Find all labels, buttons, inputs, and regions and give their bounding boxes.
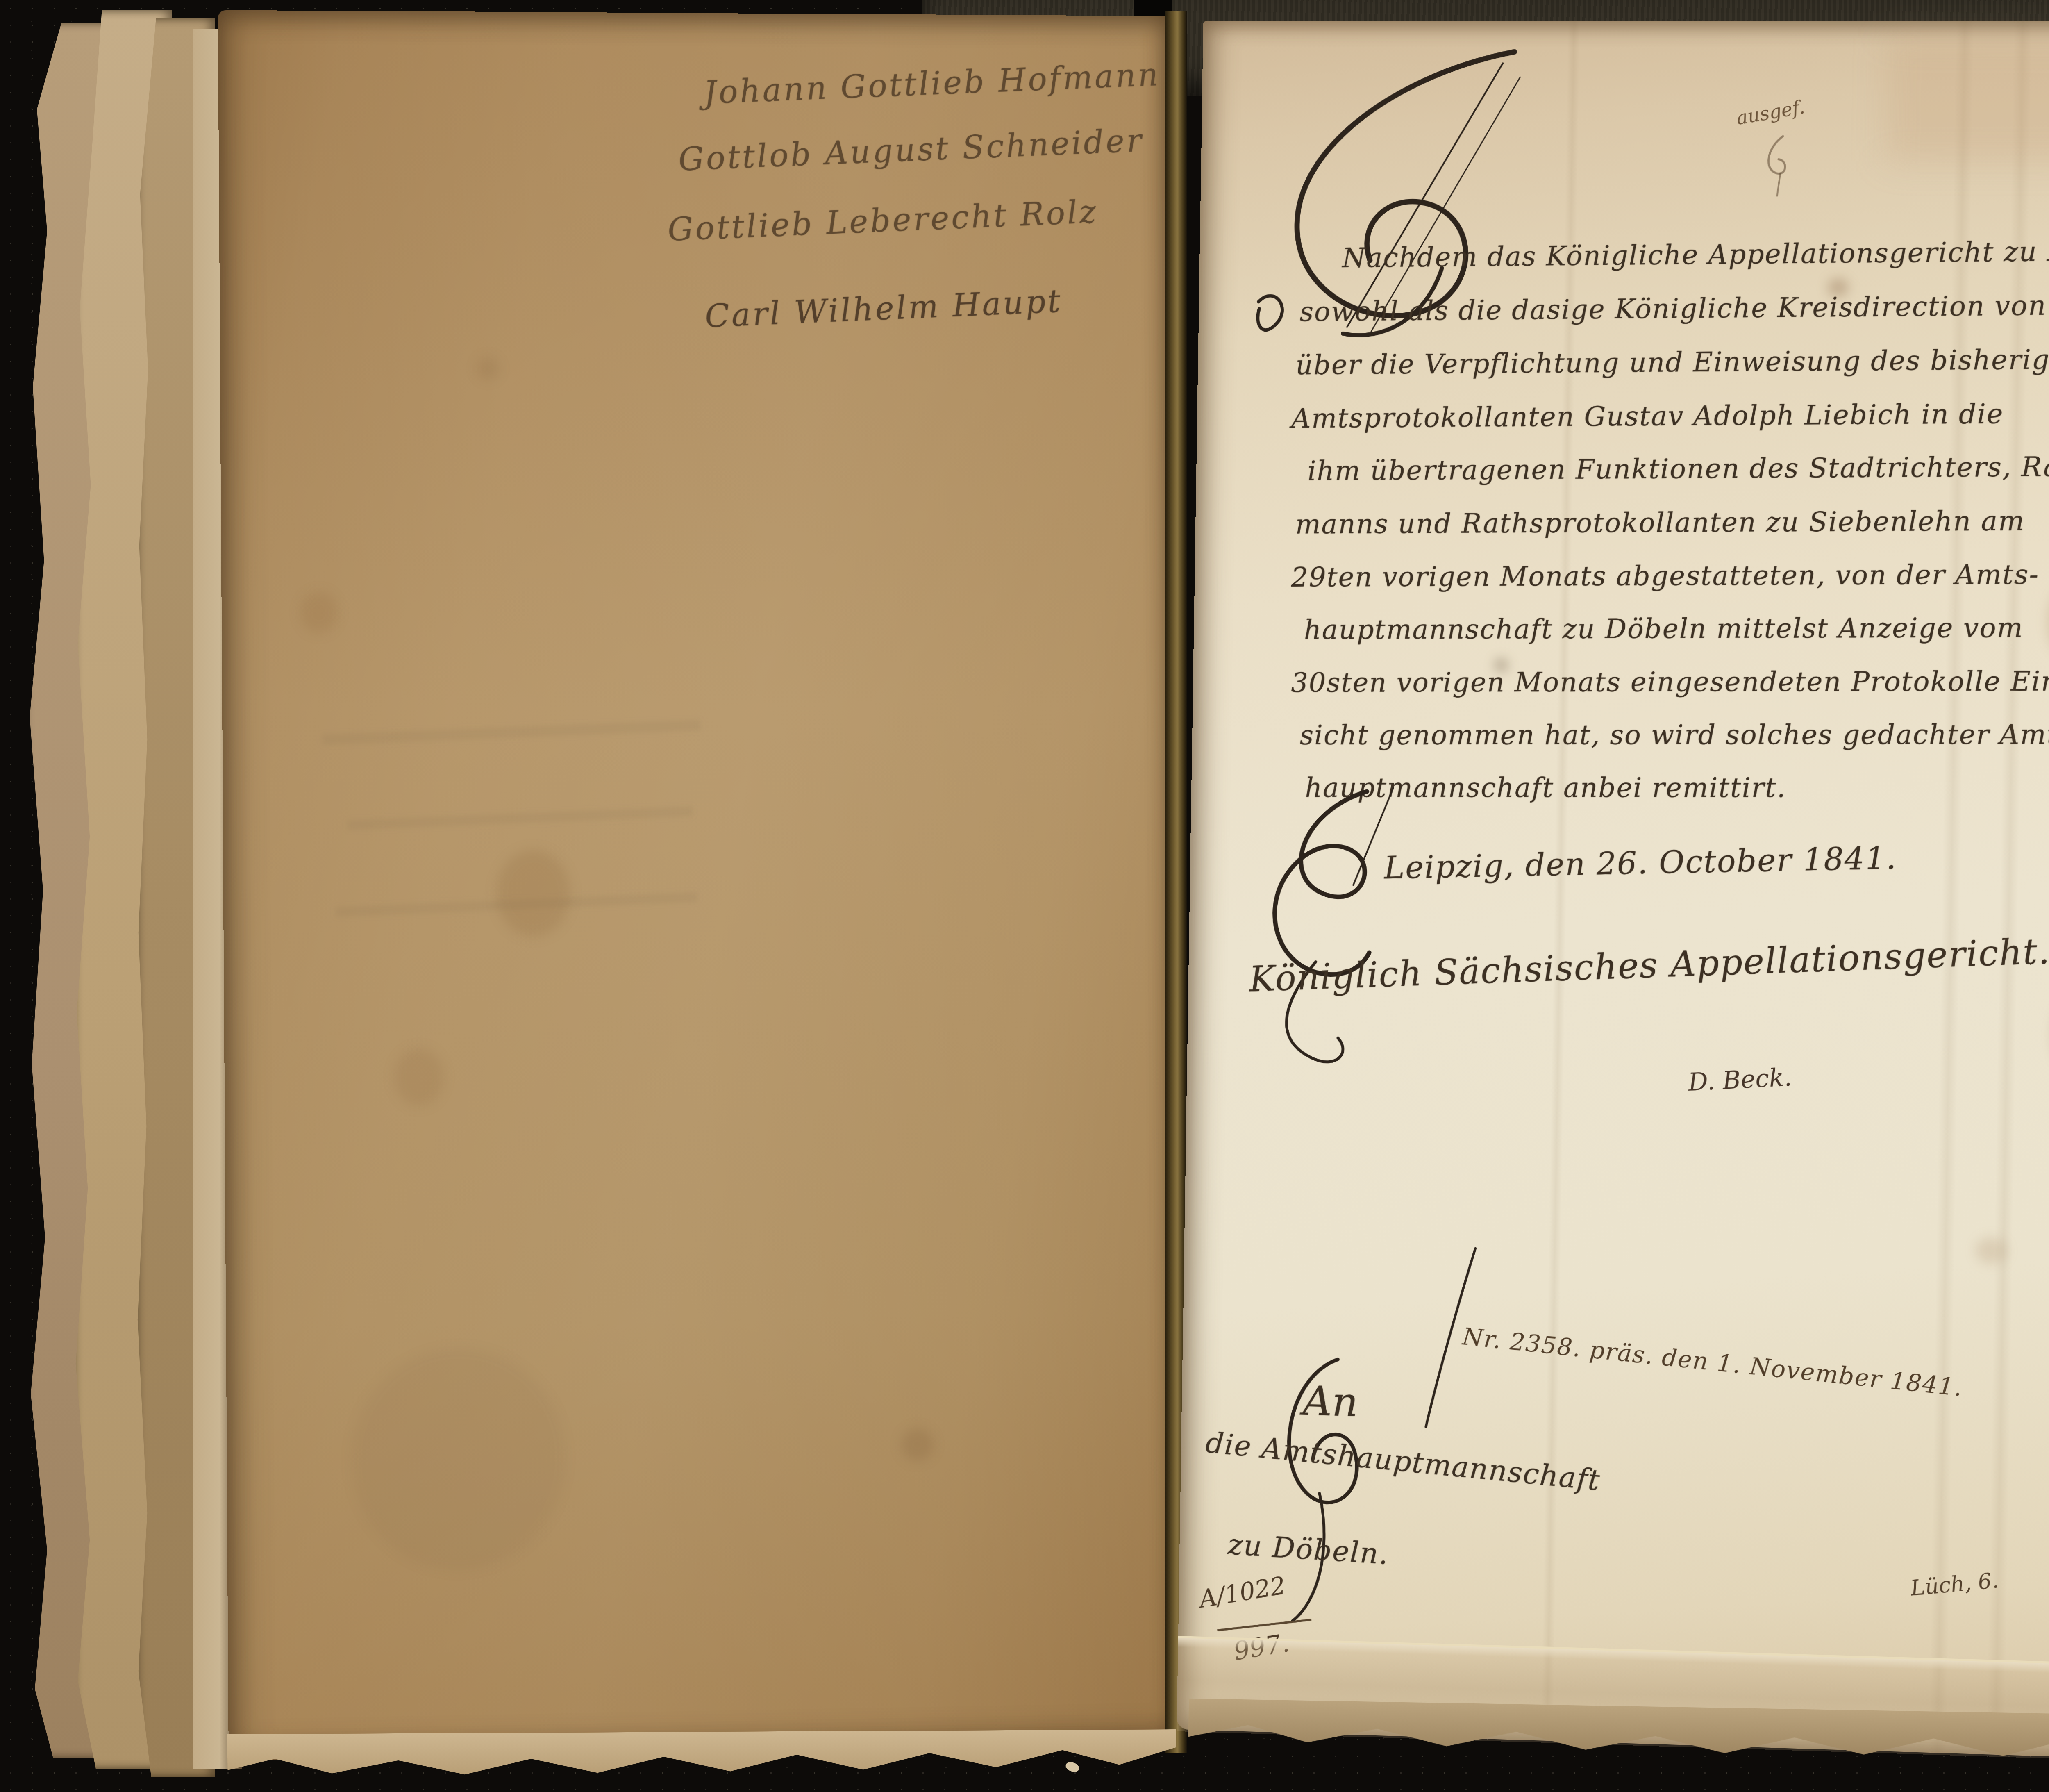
foxing-stain (394, 1048, 444, 1106)
owner-name-line: Carl Wilhelm Haupt (704, 283, 1063, 335)
ink-show-through (347, 806, 693, 830)
page-crease (1929, 21, 1974, 1753)
dispatch-flourish (1757, 132, 1795, 198)
archival-book-scan: Johann Gottlieb Hofmann Gottlob August S… (0, 0, 2049, 1792)
dateline-flourish (1229, 786, 1403, 1082)
owner-name-line: Gottlob August Schneider (677, 122, 1144, 178)
address-salutation: An (1302, 1377, 1358, 1426)
letter-line: über die Verpflichtung und Einweisung de… (1295, 343, 2049, 381)
foxing-stain (300, 592, 338, 633)
foxing-stain (901, 1428, 934, 1461)
letter-line: 30sten vorigen Monats eingesendeten Prot… (1291, 665, 2049, 698)
letter-line: 29ten vorigen Monats abgestatteten, von … (1291, 559, 2039, 593)
right-page: ausgef. 115. Nachdem das Königliche Appe… (1177, 21, 2049, 1760)
owner-name-line: Gottlieb Leberecht Rolz (667, 193, 1099, 248)
foxing-stain (2047, 582, 2049, 662)
letter-line: hauptmannschaft zu Döbeln mittelst Anzei… (1304, 612, 2024, 646)
toned-corner (1885, 38, 2049, 162)
dispatch-note: ausgef. (1735, 96, 1806, 129)
address-line: die Amtshauptmannschaft (1204, 1426, 1602, 1497)
signature: D. Beck. (1688, 1063, 1792, 1097)
owner-name-line: Johann Gottlieb Hofmann (703, 56, 1161, 111)
letter-line: ihm übertragenen Funktionen des Stadtric… (1308, 450, 2049, 487)
letter-line: manns und Rathsprotokollanten zu Siebenl… (1295, 505, 2025, 540)
letter-line: sowohl als die dasige Königliche Kreisdi… (1300, 289, 2049, 327)
foxing-stain (477, 357, 500, 380)
dateline: Leipzig, den 26. October 1841. (1384, 839, 1897, 886)
letter-line: sicht genommen hat, so wird solches geda… (1300, 719, 2049, 751)
ink-show-through (322, 720, 701, 745)
foxing-stain (496, 850, 570, 937)
foxing-stain (350, 1347, 566, 1572)
clerk-note: Lüch, 6. (1909, 1568, 1999, 1601)
letter-line: Amtsprotokollanten Gustav Adolph Liebich… (1291, 398, 2004, 434)
page-crease (1986, 21, 2032, 1755)
presentation-note: Nr. 2358. präs. den 1. November 1841. (1461, 1323, 1964, 1402)
left-page: Johann Gottlieb Hofmann Gottlob August S… (218, 10, 1180, 1761)
